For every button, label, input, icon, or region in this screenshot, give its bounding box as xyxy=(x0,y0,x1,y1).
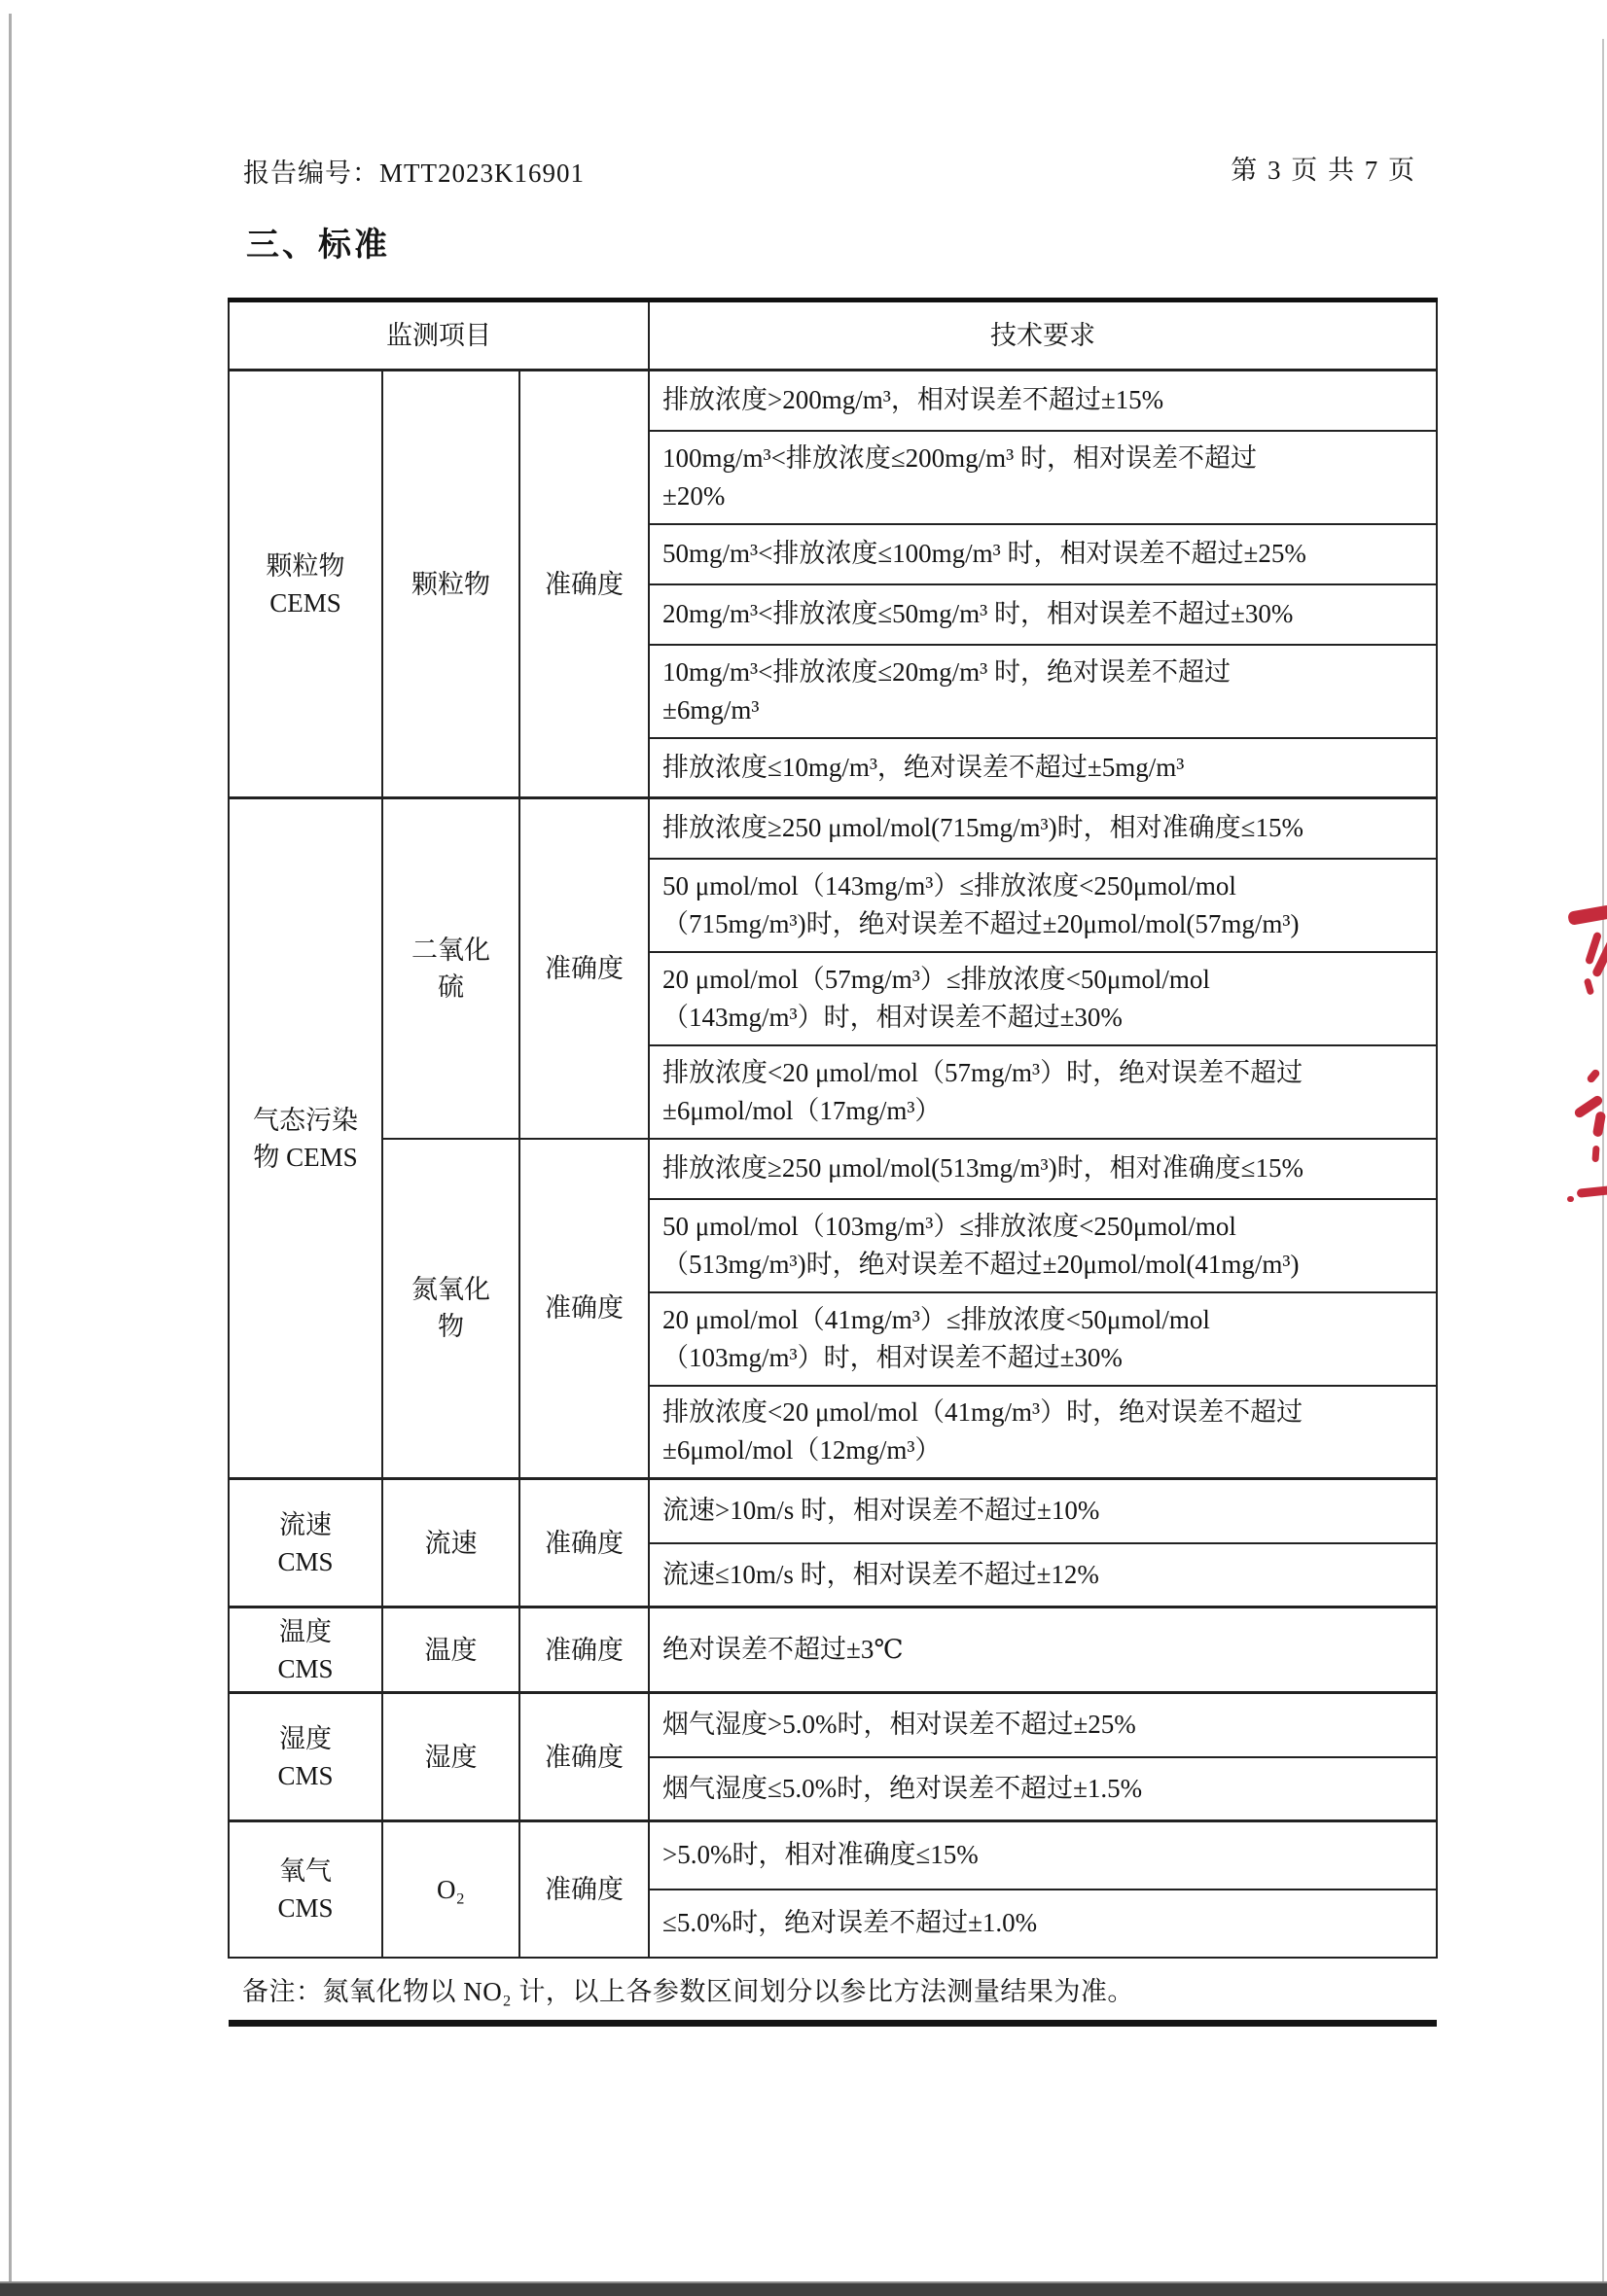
group-cell-humidity-cms: 湿度 CMS xyxy=(229,1693,382,1821)
requirement-cell: 绝对误差不超过±3℃ xyxy=(649,1607,1437,1693)
scan-edge-right xyxy=(1602,39,1604,2295)
requirement-cell: 20mg/m³<排放浓度≤50mg/m³ 时，相对误差不超过±30% xyxy=(649,584,1437,645)
metric-cell-accuracy: 准确度 xyxy=(519,1139,649,1479)
requirement-cell: 流速>10m/s 时，相对误差不超过±10% xyxy=(649,1479,1437,1543)
metric-cell-accuracy: 准确度 xyxy=(519,1479,649,1607)
metric-cell-accuracy: 准确度 xyxy=(519,371,649,798)
requirement-cell: 排放浓度≥250 μmol/mol(513mg/m³)时，相对准确度≤15% xyxy=(649,1139,1437,1199)
item-cell-nox: 氮氧化 物 xyxy=(382,1139,519,1479)
metric-cell-accuracy: 准确度 xyxy=(519,1693,649,1821)
group-cell-temperature-cms: 温度 CMS xyxy=(229,1607,382,1693)
item-cell-flow: 流速 xyxy=(382,1479,519,1607)
col-header-technical-requirement: 技术要求 xyxy=(649,300,1437,371)
red-ink-mark xyxy=(1567,904,1607,926)
document-page: 报告编号：MTT2023K16901 第 3 页 共 7 页 三、标准 监测项目… xyxy=(0,0,1607,2296)
item-cell-particulate: 颗粒物 xyxy=(382,371,519,798)
table-note: 备注：氮氧化物以 NO₂ 计，以上各参数区间划分以参比方法测量结果为准。 xyxy=(229,1958,1437,2024)
scan-edge-bottom xyxy=(0,2281,1607,2296)
requirement-cell: 10mg/m³<排放浓度≤20mg/m³ 时，绝对误差不超过 ±6mg/m³ xyxy=(649,645,1437,738)
red-ink-mark xyxy=(1592,1111,1606,1137)
group-cell-flow-cms: 流速 CMS xyxy=(229,1479,382,1607)
red-ink-mark xyxy=(1591,1146,1599,1162)
requirement-cell: 100mg/m³<排放浓度≤200mg/m³ 时，相对误差不超过 ±20% xyxy=(649,431,1437,524)
red-ink-mark xyxy=(1586,1068,1601,1084)
requirement-cell: 50 μmol/mol（103mg/m³）≤排放浓度<250μmol/mol （… xyxy=(649,1199,1437,1292)
section-title: 三、标准 xyxy=(246,218,390,265)
col-header-monitoring-item: 监测项目 xyxy=(229,300,649,371)
item-cell-o2: O₂ xyxy=(382,1821,519,1958)
group-cell-gaseous-cems: 气态污染 物 CEMS xyxy=(229,798,382,1479)
requirement-cell: 烟气湿度>5.0%时，相对误差不超过±25% xyxy=(649,1693,1437,1757)
requirement-cell: 排放浓度>200mg/m³，相对误差不超过±15% xyxy=(649,371,1437,431)
scan-edge-left xyxy=(9,14,12,2296)
requirement-cell: 20 μmol/mol（41mg/m³）≤排放浓度<50μmol/mol （10… xyxy=(649,1292,1437,1386)
item-cell-humidity: 湿度 xyxy=(382,1693,519,1821)
item-cell-temperature: 温度 xyxy=(382,1607,519,1693)
red-ink-mark xyxy=(1584,977,1594,995)
requirement-cell: 50mg/m³<排放浓度≤100mg/m³ 时，相对误差不超过±25% xyxy=(649,524,1437,584)
metric-cell-accuracy: 准确度 xyxy=(519,1607,649,1693)
page-indicator: 第 3 页 共 7 页 xyxy=(1231,149,1416,187)
requirement-cell: 排放浓度≥250 μmol/mol(715mg/m³)时，相对准确度≤15% xyxy=(649,798,1437,859)
report-number: 报告编号：MTT2023K16901 xyxy=(243,152,585,190)
requirement-cell: 50 μmol/mol（143mg/m³）≤排放浓度<250μmol/mol （… xyxy=(649,859,1437,952)
requirement-cell: 排放浓度<20 μmol/mol（57mg/m³）时，绝对误差不超过 ±6μmo… xyxy=(649,1045,1437,1139)
requirement-cell: >5.0%时，相对准确度≤15% xyxy=(649,1821,1437,1890)
requirement-cell: 排放浓度<20 μmol/mol（41mg/m³）时，绝对误差不超过 ±6μmo… xyxy=(649,1386,1437,1479)
metric-cell-accuracy: 准确度 xyxy=(519,1821,649,1958)
metric-cell-accuracy: 准确度 xyxy=(519,798,649,1139)
red-ink-mark xyxy=(1567,1196,1574,1202)
group-cell-oxygen-cms: 氧气 CMS xyxy=(229,1821,382,1958)
standards-table: 监测项目 技术要求 颗粒物 CEMS 颗粒物 准确度 排放浓度>200mg/m³… xyxy=(228,298,1438,2027)
requirement-cell: 20 μmol/mol（57mg/m³）≤排放浓度<50μmol/mol （14… xyxy=(649,952,1437,1045)
requirement-cell: ≤5.0%时，绝对误差不超过±1.0% xyxy=(649,1890,1437,1958)
requirement-cell: 排放浓度≤10mg/m³，绝对误差不超过±5mg/m³ xyxy=(649,738,1437,798)
requirement-cell: 流速≤10m/s 时，相对误差不超过±12% xyxy=(649,1543,1437,1607)
item-cell-so2: 二氧化 硫 xyxy=(382,798,519,1139)
requirement-cell: 烟气湿度≤5.0%时，绝对误差不超过±1.5% xyxy=(649,1757,1437,1821)
group-cell-particulate-cems: 颗粒物 CEMS xyxy=(229,371,382,798)
